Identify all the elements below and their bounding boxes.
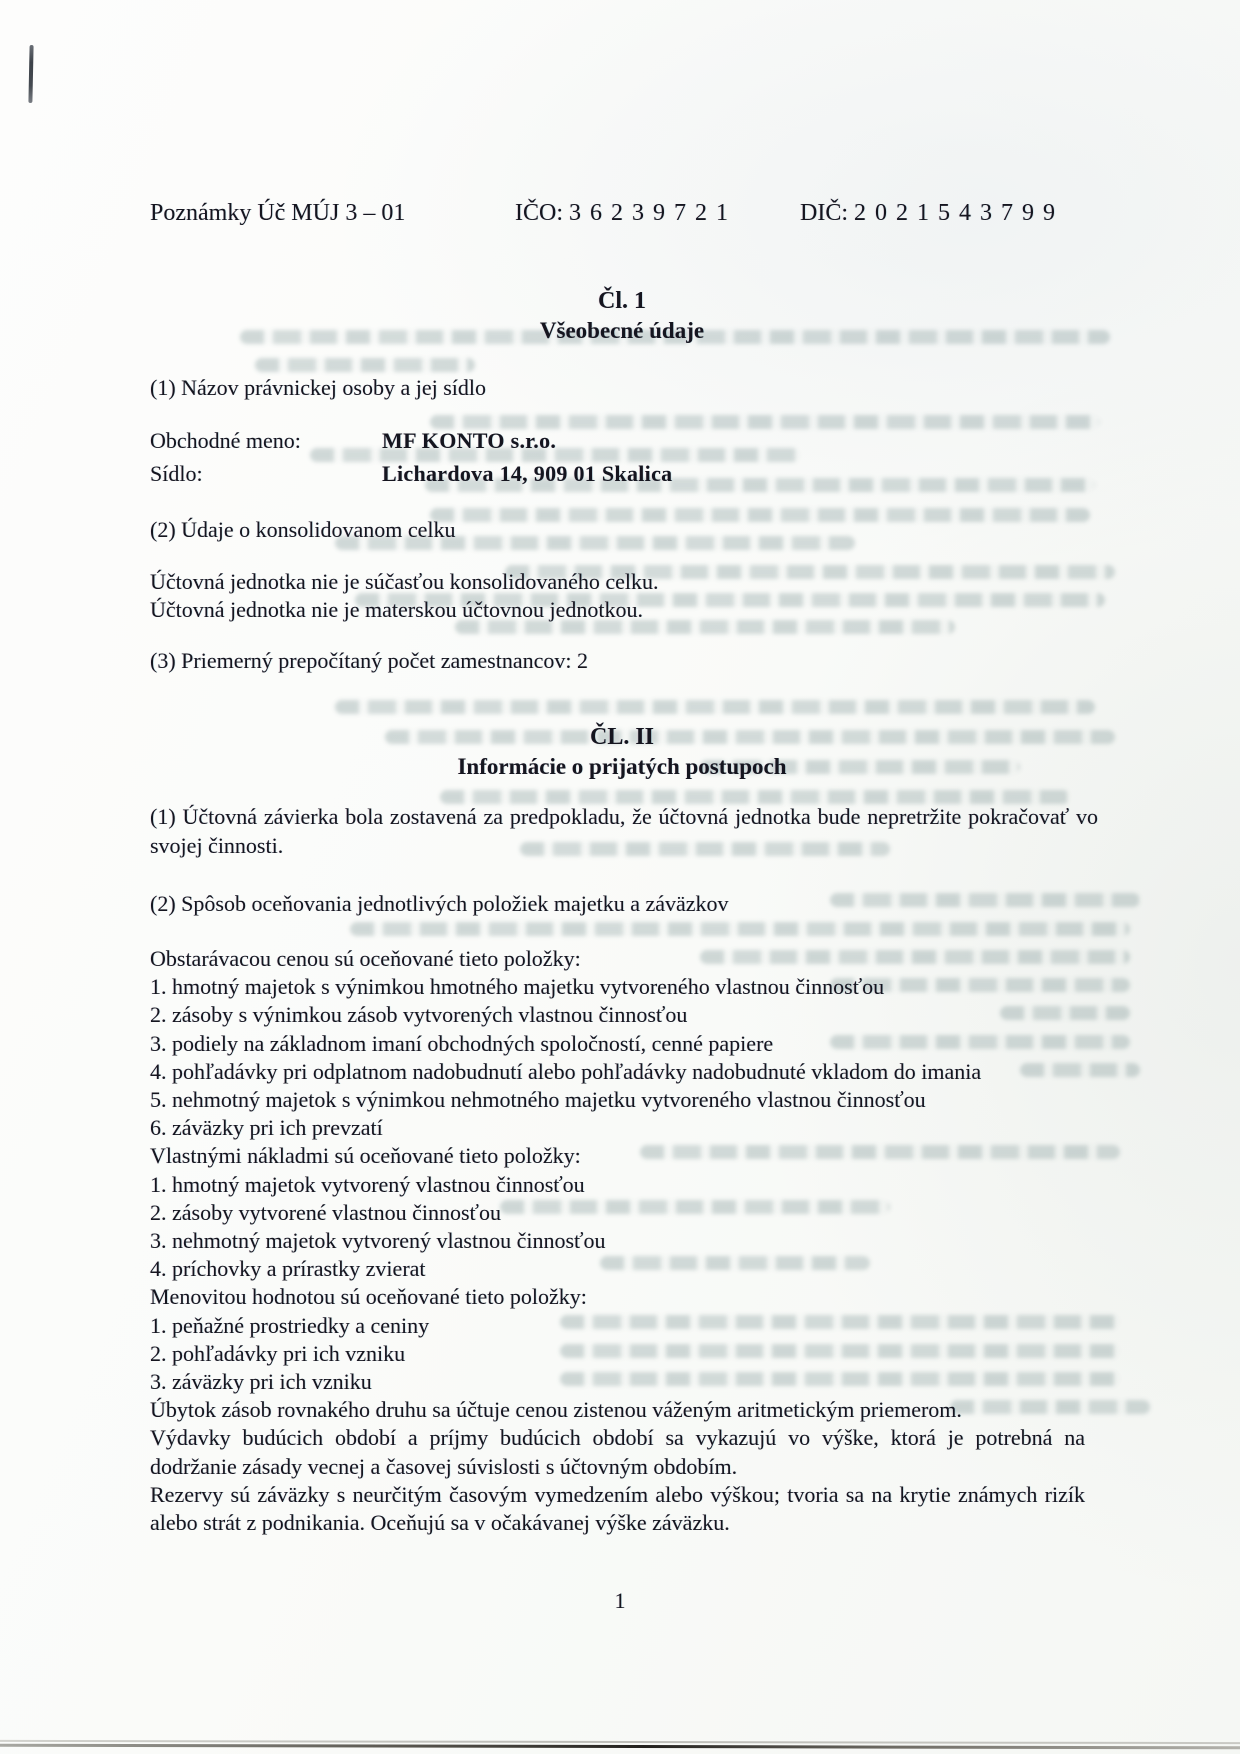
article1-title: Všeobecné údaje	[150, 316, 1094, 346]
valuation-group1-intro: Obstarávacou cenou sú oceňované tieto po…	[150, 945, 1085, 973]
valuation-group1-item: 4. pohľadávky pri odplatnom nadobudnutí …	[150, 1058, 1085, 1086]
closing-paragraph: Výdavky budúcich období a príjmy budúcic…	[150, 1424, 1085, 1480]
scanned-document-page: Poznámky Úč MÚJ 3 – 01 IČO: 3 6 2 3 9 7 …	[0, 0, 1240, 1754]
bleedthrough-line	[440, 790, 1070, 804]
dic-value: 2 0 2 1 5 4 3 7 9 9	[854, 200, 1057, 226]
form-header: Poznámky Úč MÚJ 3 – 01 IČO: 3 6 2 3 9 7 …	[150, 200, 1094, 230]
consolidation-note-2: Účtovná jednotka nie je materskou účtovn…	[150, 596, 1094, 624]
registered-office-value: Lichardova 14, 909 01 Skalica	[382, 461, 672, 487]
article2-heading: ČL. II Informácie o prijatých postupoch	[150, 722, 1094, 782]
dic-label: DIČ:	[800, 200, 848, 226]
dic-group: DIČ: 2 0 2 1 5 4 3 7 9 9	[800, 200, 1057, 227]
closing-paragraph: Úbytok zásob rovnakého druhu sa účtuje c…	[150, 1396, 1085, 1424]
article1-para2: (2) Údaje o konsolidovanom celku	[150, 516, 1094, 544]
ico-value: 3 6 2 3 9 7 2 1	[569, 200, 730, 226]
consolidation-note-1: Účtovná jednotka nie je súčasťou konsoli…	[150, 568, 1094, 596]
valuation-group1-item: 1. hmotný majetok s výnimkou hmotného ma…	[150, 973, 1085, 1001]
valuation-group2-intro: Vlastnými nákladmi sú oceňované tieto po…	[150, 1142, 1085, 1170]
article1-para3: (3) Priemerný prepočítaný počet zamestna…	[150, 647, 1094, 675]
valuation-group2-item: 3. nehmotný majetok vytvorený vlastnou č…	[150, 1227, 1085, 1255]
ico-group: IČO: 3 6 2 3 9 7 2 1	[515, 200, 730, 227]
article2-title: Informácie o prijatých postupoch	[150, 752, 1094, 782]
valuation-group3-item: 2. pohľadávky pri ich vzniku	[150, 1340, 1085, 1368]
bleedthrough-line	[335, 700, 1095, 714]
form-title: Poznámky Úč MÚJ 3 – 01	[150, 200, 405, 227]
valuation-group2-item: 2. zásoby vytvorené vlastnou činnosťou	[150, 1199, 1085, 1227]
bleedthrough-line	[255, 358, 475, 372]
valuation-group1-item: 6. záväzky pri ich prevzatí	[150, 1114, 1085, 1142]
article1-number: Čl. 1	[150, 286, 1094, 316]
valuation-group3-item: 1. peňažné prostriedky a ceniny	[150, 1312, 1085, 1340]
article1-para1: (1) Názov právnickej osoby a jej sídlo	[150, 374, 1094, 402]
valuation-group1-item: 5. nehmotný majetok s výnimkou nehmotnéh…	[150, 1086, 1085, 1114]
business-name-value: MF KONTO s.r.o.	[382, 428, 556, 454]
valuation-group2-item: 4. príchovky a prírastky zvierat	[150, 1255, 1085, 1283]
field-row-registered-office: Sídlo: Lichardova 14, 909 01 Skalica	[150, 461, 1094, 494]
business-name-label: Obchodné meno:	[150, 428, 382, 454]
article1-heading: Čl. 1 Všeobecné údaje	[150, 286, 1094, 346]
article2-para2: (2) Spôsob oceňovania jednotlivých polož…	[150, 890, 1094, 918]
article2-para1: (1) Účtovná závierka bola zostavená za p…	[150, 803, 1098, 860]
valuation-section: Obstarávacou cenou sú oceňované tieto po…	[150, 945, 1085, 1537]
valuation-group1-item: 2. zásoby s výnimkou zásob vytvorených v…	[150, 1001, 1085, 1029]
scan-edge-line	[0, 1744, 1240, 1750]
valuation-group3-intro: Menovitou hodnotou sú oceňované tieto po…	[150, 1283, 1085, 1311]
ico-label: IČO:	[515, 200, 563, 226]
valuation-group1-item: 3. podiely na základnom imaní obchodných…	[150, 1030, 1085, 1058]
valuation-group2-item: 1. hmotný majetok vytvorený vlastnou čin…	[150, 1171, 1085, 1199]
valuation-group3-item: 3. záväzky pri ich vzniku	[150, 1368, 1085, 1396]
article2-number: ČL. II	[150, 722, 1094, 752]
closing-paragraph: Rezervy sú záväzky s neurčitým časovým v…	[150, 1481, 1085, 1537]
scan-artifact-mark	[28, 45, 33, 103]
bleedthrough-line	[430, 415, 1100, 429]
page-number: 1	[0, 1588, 1240, 1614]
bleedthrough-line	[350, 922, 1130, 936]
company-fields: Obchodné meno: MF KONTO s.r.o. Sídlo: Li…	[150, 428, 1094, 494]
scan-edge-line	[0, 1740, 1240, 1744]
consolidation-notes: Účtovná jednotka nie je súčasťou konsoli…	[150, 568, 1094, 624]
field-row-business-name: Obchodné meno: MF KONTO s.r.o.	[150, 428, 1094, 461]
registered-office-label: Sídlo:	[150, 461, 382, 487]
